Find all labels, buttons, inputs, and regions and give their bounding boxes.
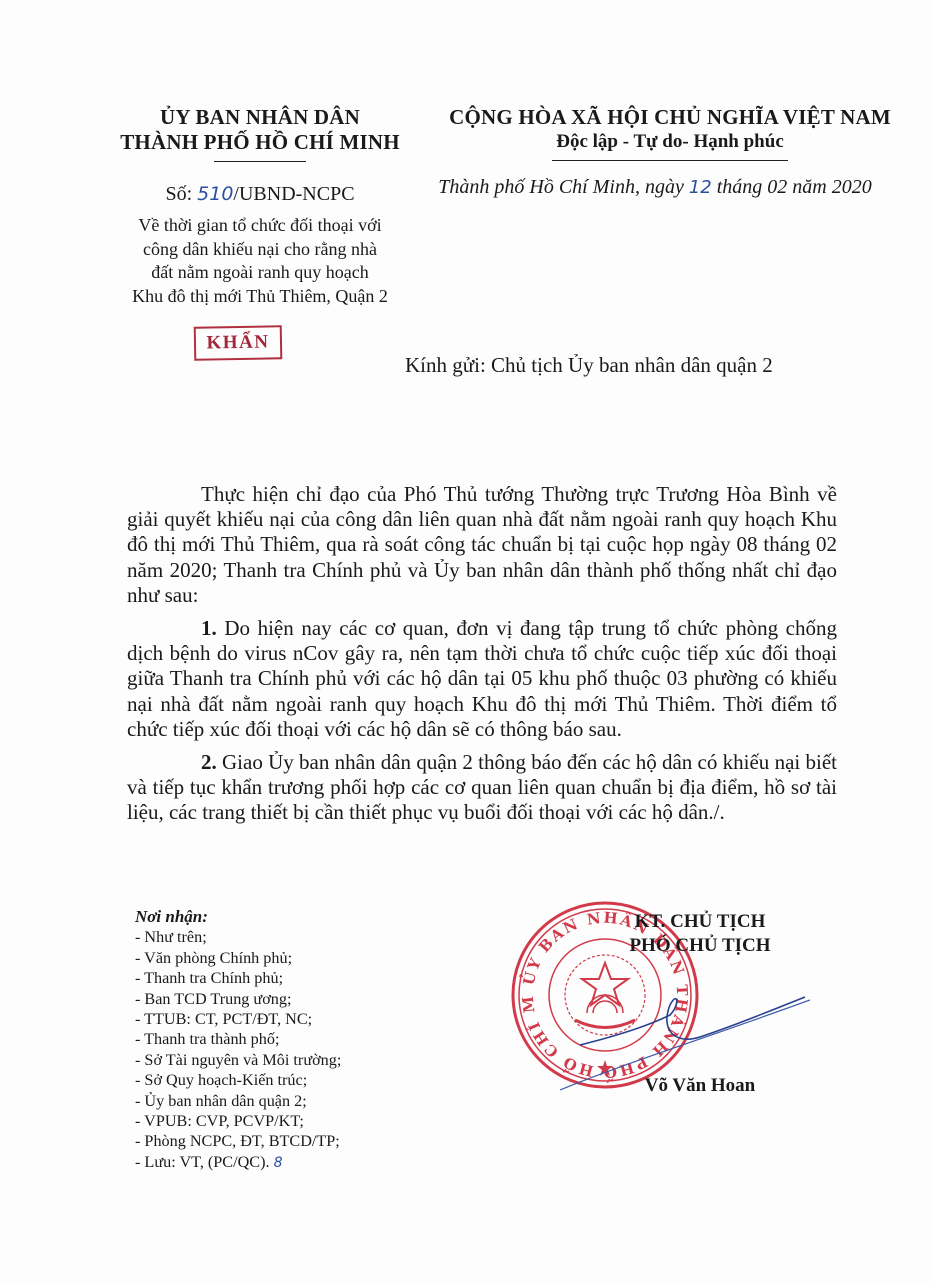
national-motto-block: CỘNG HÒA XÃ HỘI CHỦ NGHĨA VIỆT NAM Độc l… bbox=[410, 105, 930, 161]
subject-line: Khu đô thị mới Thủ Thiêm, Quận 2 bbox=[100, 285, 420, 309]
document-body: Thực hiện chỉ đạo của Phó Thủ tướng Thườ… bbox=[127, 482, 837, 834]
recipients-list: Nơi nhận: - Như trên; - Văn phòng Chính … bbox=[135, 907, 435, 1173]
recipient-item: - Thanh tra thành phố; bbox=[135, 1029, 435, 1049]
addressee: Kính gửi: Chủ tịch Ủy ban nhân dân quận … bbox=[405, 353, 773, 378]
recipients-title: Nơi nhận: bbox=[135, 907, 435, 927]
recipient-item: - Thanh tra Chính phủ; bbox=[135, 968, 435, 988]
item-text: Giao Ủy ban nhân dân quận 2 thông báo đế… bbox=[127, 750, 837, 824]
issuing-agency-block: ỦY BAN NHÂN DÂN THÀNH PHỐ HỒ CHÍ MINH Số… bbox=[100, 105, 420, 308]
signatory-title: KT. CHỦ TỊCH PHÓ CHỦ TỊCH bbox=[600, 910, 800, 958]
body-item-2: 2. Giao Ủy ban nhân dân quận 2 thông báo… bbox=[127, 750, 837, 826]
item-text: Do hiện nay các cơ quan, đơn vị đang tập… bbox=[127, 616, 837, 741]
agency-name-line1: ỦY BAN NHÂN DÂN bbox=[100, 105, 420, 130]
document-subject: Về thời gian tổ chức đối thoại với công … bbox=[100, 214, 420, 308]
recipient-item: - Sở Tài nguyên và Môi trường; bbox=[135, 1050, 435, 1070]
document-number-handwritten: 510 bbox=[197, 183, 233, 205]
agency-underline bbox=[214, 161, 306, 162]
item-label: 1. bbox=[201, 616, 217, 640]
recipient-item: - Ủy ban nhân dân quận 2; bbox=[135, 1091, 435, 1111]
document-number-prefix: Số: bbox=[165, 183, 197, 205]
recipient-item: - VPUB: CVP, PCVP/KT; bbox=[135, 1111, 435, 1131]
intro-paragraph: Thực hiện chỉ đạo của Phó Thủ tướng Thườ… bbox=[127, 482, 837, 608]
body-item-1: 1. Do hiện nay các cơ quan, đơn vị đang … bbox=[127, 616, 837, 742]
signatory-title-line1: KT. CHỦ TỊCH bbox=[600, 910, 800, 934]
document-number-suffix: /UBND-NCPC bbox=[233, 183, 354, 205]
subject-line: đất nằm ngoài ranh quy hoạch bbox=[100, 261, 420, 285]
recipient-item: - Sở Quy hoạch-Kiến trúc; bbox=[135, 1070, 435, 1090]
recipient-item: - Như trên; bbox=[135, 927, 435, 947]
signatory-title-line2: PHÓ CHỦ TỊCH bbox=[600, 934, 800, 958]
recipient-item: - TTUB: CT, PCT/ĐT, NC; bbox=[135, 1009, 435, 1029]
recipient-item: - Phòng NCPC, ĐT, BTCD/TP; bbox=[135, 1131, 435, 1151]
recipient-item: - Ban TCD Trung ương; bbox=[135, 989, 435, 1009]
archive-line: - Lưu: VT, (PC/QC). bbox=[135, 1153, 274, 1171]
recipient-item: - Lưu: VT, (PC/QC). 8 bbox=[135, 1152, 435, 1173]
date-day-handwritten: 12 bbox=[689, 177, 712, 198]
document-number: Số: 510/UBND-NCPC bbox=[100, 182, 420, 206]
place-and-date: Thành phố Hồ Chí Minh, ngày 12 tháng 02 … bbox=[420, 176, 890, 199]
recipient-item: - Văn phòng Chính phủ; bbox=[135, 948, 435, 968]
document-page: ỦY BAN NHÂN DÂN THÀNH PHỐ HỒ CHÍ MINH Số… bbox=[0, 0, 933, 1282]
date-suffix: tháng 02 năm 2020 bbox=[712, 176, 872, 198]
subject-line: Về thời gian tổ chức đối thoại với bbox=[100, 214, 420, 238]
item-label: 2. bbox=[201, 750, 217, 774]
subject-line: công dân khiếu nại cho rằng nhà bbox=[100, 238, 420, 262]
motto-underline bbox=[552, 160, 788, 161]
signatory-name: Võ Văn Hoan bbox=[600, 1075, 800, 1097]
agency-name-line2: THÀNH PHỐ HỒ CHÍ MINH bbox=[100, 130, 420, 155]
nation-name: CỘNG HÒA XÃ HỘI CHỦ NGHĨA VIỆT NAM bbox=[410, 105, 930, 130]
urgent-stamp: KHẨN bbox=[194, 325, 283, 361]
national-motto: Độc lập - Tự do- Hạnh phúc bbox=[410, 130, 930, 154]
copy-count-handwritten: 8 bbox=[274, 1155, 283, 1171]
date-prefix: Thành phố Hồ Chí Minh, ngày bbox=[438, 176, 689, 198]
